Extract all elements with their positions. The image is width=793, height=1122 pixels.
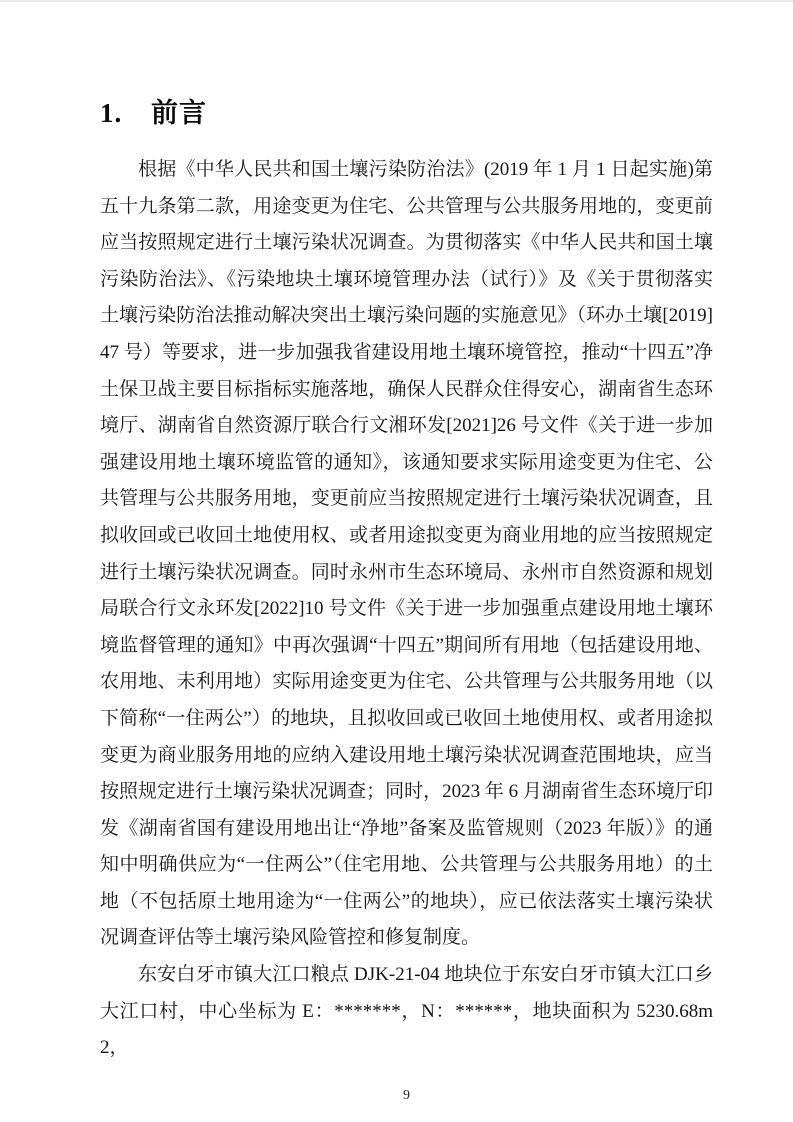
page-number: 9 <box>403 1088 410 1103</box>
section-heading-title: 前言 <box>151 98 207 128</box>
paragraph-legal-background: 根据《中华人民共和国土壤污染防治法》(2019 年 1 月 1 日起实施)第五十… <box>100 152 713 957</box>
section-heading: 1. 前言 <box>100 98 207 129</box>
page-top-edge-line <box>0 0 793 2</box>
paragraph-site-description: 东安白牙市镇大江口粮点 DJK-21-04 地块位于东安白牙市镇大江口乡大江口村… <box>100 957 713 1067</box>
section-heading-number: 1. <box>100 98 122 129</box>
document-body: 根据《中华人民共和国土壤污染防治法》(2019 年 1 月 1 日起实施)第五十… <box>100 152 713 1067</box>
page-footer: 9 <box>100 1086 713 1104</box>
document-page: 1. 前言 根据《中华人民共和国土壤污染防治法》(2019 年 1 月 1 日起… <box>0 0 793 1122</box>
